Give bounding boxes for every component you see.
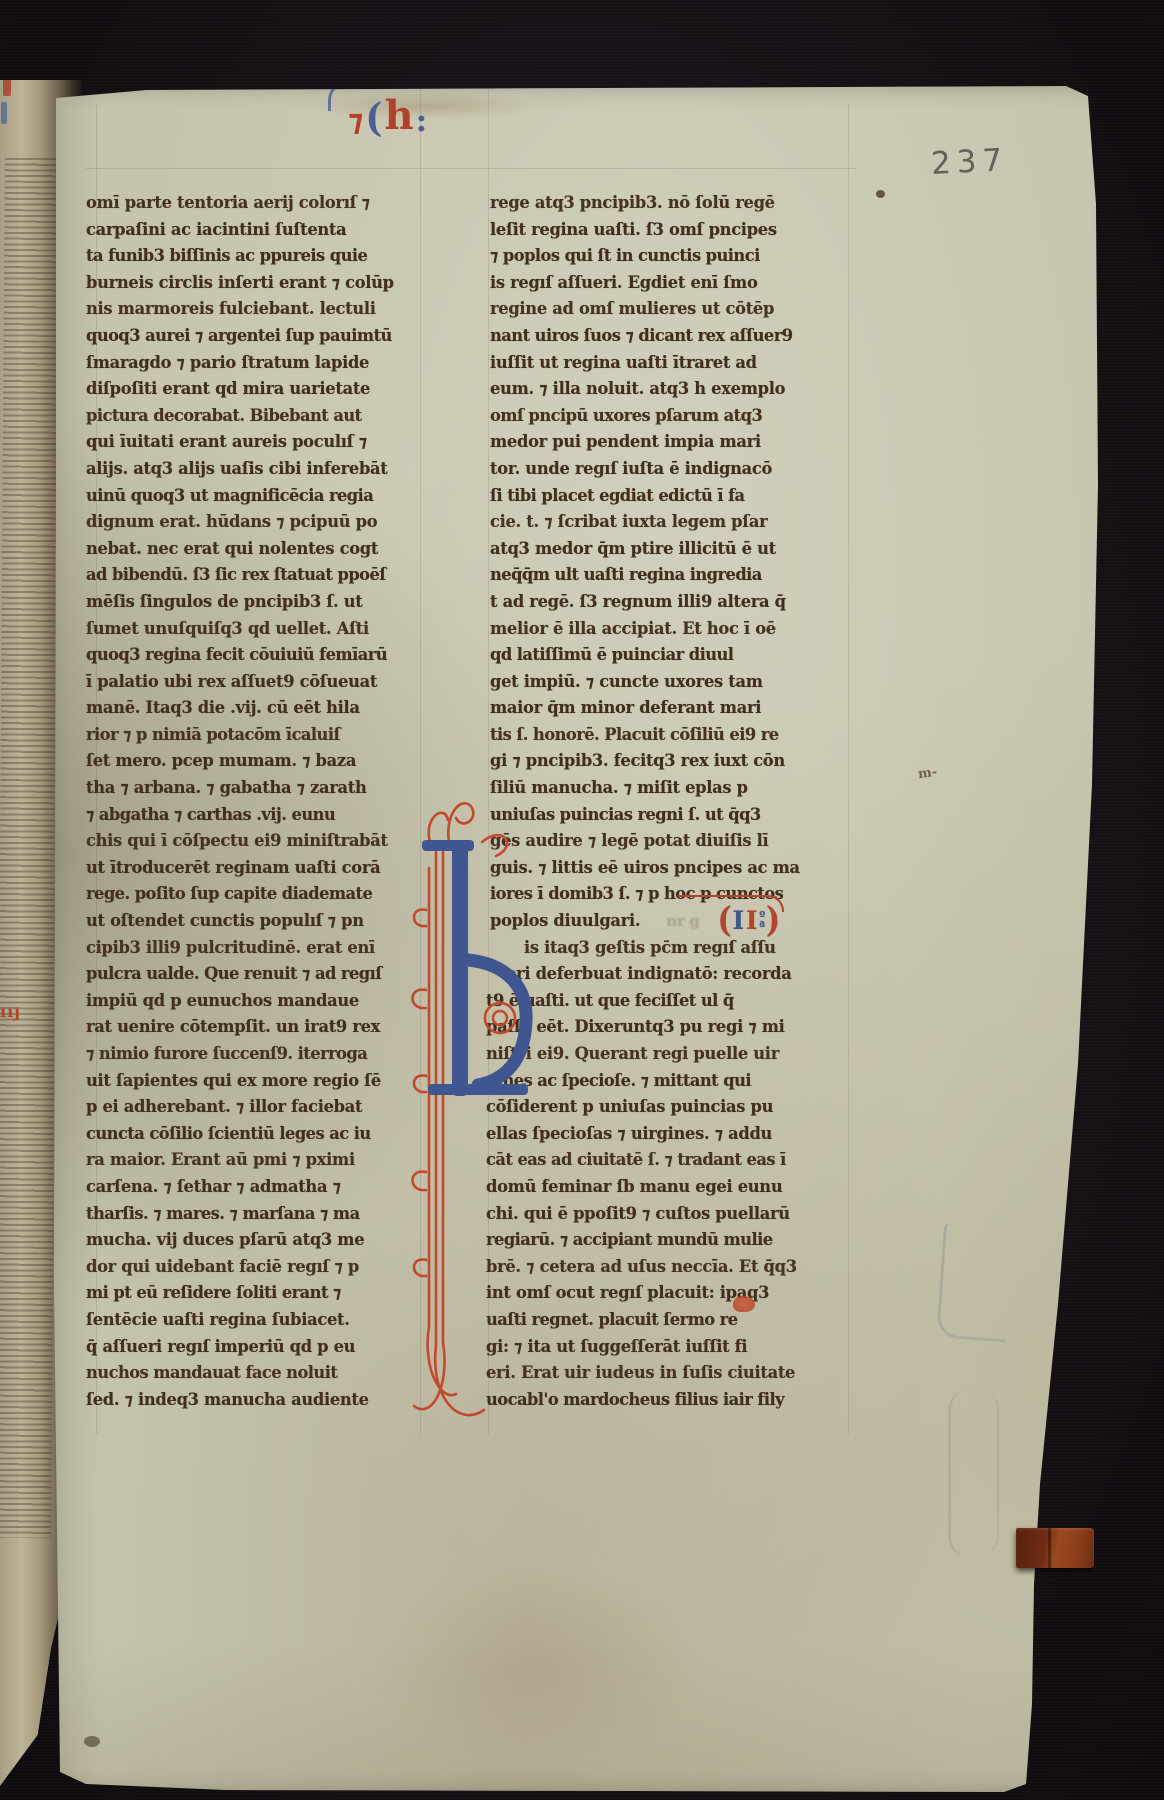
text-line: ī palatio ubi rex aſſuet9 cōſueuat xyxy=(86,669,416,696)
text-line: ut oſtendet cunctis populıſ ⁊ pn xyxy=(86,908,416,935)
text-line: chis qui ī cōſpectu ei9 miniſtrabāt xyxy=(86,828,416,855)
red-margin-mark: ııȷ xyxy=(0,1002,21,1021)
chapter-marker-numeral: I xyxy=(732,908,743,935)
text-line: ſet mero. pcep mumam. ⁊ baza xyxy=(86,748,416,775)
chapter-marker-superscript: º ª xyxy=(759,911,765,931)
ghost-offset-text: nr g xyxy=(666,908,699,935)
text-line: qd latiſſimū ē puinciar diuul xyxy=(490,642,856,669)
text-line: leſit regina uaſti. ſ3 omſ pncipes xyxy=(490,217,856,244)
text-line: maior q̄m minor deferant mari xyxy=(490,695,856,722)
red-pigment-blob xyxy=(733,1296,755,1312)
text-line: get impiū. ⁊ cuncte uxores tam xyxy=(490,669,856,696)
text-line: rat uenire cōtempſit. un irat9 rex xyxy=(86,1014,416,1041)
text-line: ſentēcie uaſti regina ſubiacet. xyxy=(86,1307,416,1334)
text-line: regine ad omſ mulieres ut cōtēp xyxy=(490,296,856,323)
text-line: rege atq3 pncipib3. nō ſolū regē xyxy=(490,190,856,217)
text-line: ad bibendū. ſ3 ſic rex ſtatuat ppoēſ xyxy=(86,562,416,589)
parchment-stain xyxy=(84,1736,100,1747)
text-line: uit ſapientes qui ex more regio ſē xyxy=(86,1068,416,1095)
text-line: atq3 medor q̄m ptire illicitū ē ut xyxy=(490,536,856,563)
text-line: ſiliū manucha. ⁊ miſit eplas p xyxy=(490,775,856,802)
text-line: ut ītroducerēt reginam uaſti corā xyxy=(86,855,416,882)
text-line: qui īuitati erant aureis poculıſ ⁊ xyxy=(86,429,416,456)
offset-ghost-flourish xyxy=(948,1390,999,1558)
text-line: q̄ aſſueri regıſ imperiū qd p eu xyxy=(86,1334,416,1361)
text-line: cie. t. ⁊ ſcribat iuxta legem pſar xyxy=(490,509,856,536)
facing-leaf-text-lines xyxy=(0,158,61,1538)
text-line: pulcra ualde. Que renuit ⁊ ad regıſ xyxy=(86,961,416,988)
chapter-marker-sup-a: ª xyxy=(759,921,765,931)
chapter-marker-open: ( xyxy=(718,906,732,937)
text-line: omſ pncipū uxores pſarum atq3 xyxy=(490,403,856,430)
red-initial-fragment xyxy=(3,66,11,96)
text-line: nuchos mandauat face noluit xyxy=(86,1360,416,1387)
margin-small-mark: m- xyxy=(917,765,938,783)
text-line-with-chapter-marker: poplos diuulgari. nr g ( I I º ª ) xyxy=(490,908,856,935)
text-line: tor. unde regıſ iuſta ē indignacō xyxy=(490,456,856,483)
text-line: carſena. ⁊ ſethar ⁊ admatha ⁊ xyxy=(86,1174,416,1201)
text-line: ſed. ⁊ indeq3 manucha audiente xyxy=(86,1387,416,1414)
offset-ghost-initial xyxy=(936,1223,1013,1343)
parchment-page: ⁊ ( h : 237 omī parte tentoria aerij col… xyxy=(26,84,1104,1796)
text-line: tharſis. ⁊ mares. ⁊ marſana ⁊ ma xyxy=(86,1201,416,1228)
text-line: alijs. atq3 alijs uaſis cibi inferebāt xyxy=(86,456,416,483)
chapter-marker-close: ) xyxy=(766,906,780,937)
text-line: nis marmoreis fulciebant. lectuli xyxy=(86,296,416,323)
text-line: burneis circlis inſerti erant ⁊ colūp xyxy=(86,270,416,297)
text-line: ⁊ poplos qui ſt in cunctis puinci xyxy=(490,243,856,270)
text-line: neq̄q̄m ult uaſti regina ingredia xyxy=(490,562,856,589)
decorated-initial-h xyxy=(392,790,542,1450)
text-line: cuncta cōſilio ſcientiū leges ac iu xyxy=(86,1121,416,1148)
text-line: ra maior. Erant aū pmi ⁊ pximi xyxy=(86,1147,416,1174)
text-line: pictura decorabat. Bibebant aut xyxy=(86,403,416,430)
text-line: ⁊ abgatha ⁊ carthas .vij. eunu xyxy=(86,802,416,829)
text-line: t ad regē. ſ3 regnum illi9 altera q̄ xyxy=(490,589,856,616)
text-line: rege. poſito ſup capite diademate xyxy=(86,881,416,908)
running-title-glyph: ( xyxy=(365,98,382,138)
text-line: gi ⁊ pncipib3. fecitq3 rex iuxt cōn xyxy=(490,748,856,775)
text-line: omī parte tentoria aerij colorıſ ⁊ xyxy=(86,190,416,217)
ink-speck xyxy=(876,190,885,198)
text-line: nant uiros ſuos ⁊ dicant rex aſſuer9 xyxy=(490,323,856,350)
text-line: ſi tibi placet egdiat edictū ī fa xyxy=(490,483,856,510)
text-line: eum. ⁊ illa noluit. atq3 h exemplo xyxy=(490,376,856,403)
text-line: iores ī domib3 ſ. ⁊ p hoc p cunctos xyxy=(490,881,856,908)
text-line: dignum erat. hūdans ⁊ pcipuū po xyxy=(86,509,416,536)
text-line: tha ⁊ arbana. ⁊ gabatha ⁊ zarath xyxy=(86,775,416,802)
text-line: ⁊ nimio furore ſuccenſ9. iterroga xyxy=(86,1041,416,1068)
text-line: p ei adherebant. ⁊ illor faciebat xyxy=(86,1094,416,1121)
text-line: ſmaragdo ⁊ pario ſtratum lapide xyxy=(86,350,416,377)
leather-bookmark-tab xyxy=(1016,1528,1094,1568)
blue-initial-fragment xyxy=(1,102,7,124)
chapter-marker-numeral: I xyxy=(746,908,757,935)
text-line: mēſis ſingulos de pncipib3 ſ. ut xyxy=(86,589,416,616)
text-line: uniuſas puincias regni ſ. ut q̄q3 xyxy=(490,802,856,829)
text-line: manē. Itaq3 die .vij. cū eēt hila xyxy=(86,695,416,722)
text-line: guis. ⁊ littis eē uiros pncipes ac ma xyxy=(490,855,856,882)
text-line: rior ⁊ p nimiā potacōm īcaluiſ xyxy=(86,722,416,749)
folio-number: 237 xyxy=(930,142,1009,182)
text-line: impiū qd p eunuchos mandaue xyxy=(86,988,416,1015)
manuscript-photo: ııȷ ⁊ ( h : 237 omī parte tentoria aerij… xyxy=(0,0,1164,1800)
text-line: melior ē illa accipiat. Et hoc ī oē xyxy=(490,616,856,643)
text-line: carpaſini ac iacintini ſuſtenta xyxy=(86,217,416,244)
column-section-chapter1: rege atq3 pncipib3. nō ſolū regēleſit re… xyxy=(490,190,856,908)
text-line: iuſſit ut regina uaſti ītraret ad xyxy=(490,350,856,377)
text-line: quoq3 aurei ⁊ argentei ſup pauimtū xyxy=(86,323,416,350)
text-line: cipib3 illi9 pulcritudinē. erat enī xyxy=(86,935,416,962)
text-line: gēs audire ⁊ legē potat diuiſis lī xyxy=(490,828,856,855)
text-line: mucha. vij duces pſarū atq3 me xyxy=(86,1227,416,1254)
text-line: tis ſ. honorē. Placuit cōſiliū ei9 re xyxy=(490,722,856,749)
text-line: uinū quoq3 ut magnificēcia regia xyxy=(86,483,416,510)
ruling-line-horizontal xyxy=(86,168,856,169)
chapter-marker-ii: ( I I º ª ) xyxy=(718,908,780,935)
text-line: is regıſ aſſueri. Egdiet enī ſmo xyxy=(490,270,856,297)
text-line: mi pt eū reſidere ſoliti erant ⁊ xyxy=(86,1280,416,1307)
text-column-left: omī parte tentoria aerij colorıſ ⁊carpaſ… xyxy=(86,190,416,1413)
text-line: dor qui uidebant faciē regıſ ⁊ p xyxy=(86,1254,416,1281)
text-line: ſumet unuſquiſq3 qd uellet. Aſti xyxy=(86,616,416,643)
parchment-stain xyxy=(366,1564,706,1764)
text-line: ta funib3 biſſinis ac ppureis quie xyxy=(86,243,416,270)
text-column-right: rege atq3 pncipib3. nō ſolū regēleſit re… xyxy=(490,190,856,1413)
text-line: medor pui pendent impia mari xyxy=(490,429,856,456)
text-line: diſpoſiti erant qd mira uarietate xyxy=(86,376,416,403)
running-title-hester: ⁊ ( h : xyxy=(348,86,427,136)
text-line: nebat. nec erat qui nolentes cogt xyxy=(86,536,416,563)
text-line: quoq3 regina fecit cōuiuiū femīarū xyxy=(86,642,416,669)
